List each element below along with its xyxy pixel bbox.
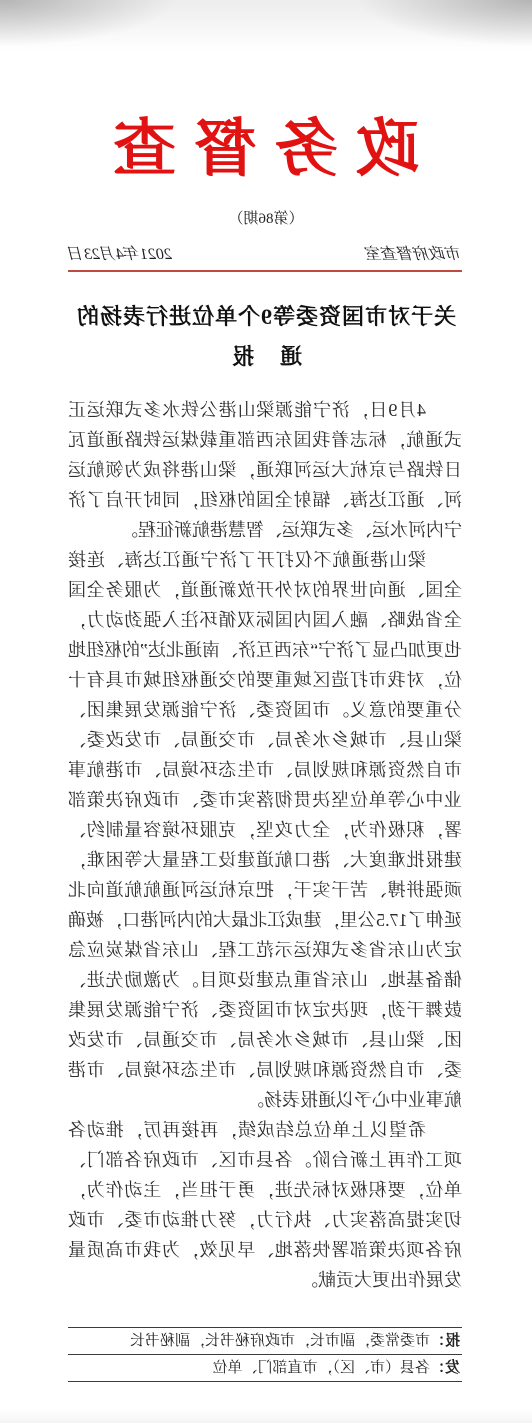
distribution-label: 发： <box>430 1360 460 1376</box>
scanned-document-page: 政务督查 （第86期） 市政府督查室 2021年4月23日 关于对市国资委等9个… <box>0 0 532 1423</box>
footer-report-row: 报：市委常委，副市长，市政府秘书长，副秘书长 <box>68 1327 462 1354</box>
distribution-footer: 报：市委常委，副市长，市政府秘书长，副秘书长 发：各县（市、区），市直部门、单位 <box>68 1327 462 1382</box>
issue-date: 2021年4月23日 <box>68 241 172 264</box>
paragraph: 梁山港通航不仅打开了济宁通江达海、连接全国、通向世界的对外开放新通道，为服务全国… <box>68 545 462 1115</box>
paragraph: 4月9日，济宁能源梁山港公铁水多式联运正式通航，标志着我国东西部重载煤运铁路通道… <box>68 395 462 545</box>
meta-row: 市政府督查室 2021年4月23日 <box>68 241 462 272</box>
distribution-recipients: 各县（市、区），市直部门、单位 <box>212 1360 430 1376</box>
report-label: 报： <box>430 1333 460 1349</box>
paragraph: 希望以上单位总结成绩，再接再厉，推动各项工作再上新台阶。各县市区、市政府各部门、… <box>68 1115 462 1295</box>
document-title-line1: 关于对市国资委等9个单位进行表扬的 <box>0 300 532 331</box>
bulletin-masthead-title: 政务督查 <box>0 116 532 183</box>
scan-bottom-shadow <box>0 1409 532 1423</box>
issuing-office: 市政府督查室 <box>366 241 462 264</box>
document-body: 4月9日，济宁能源梁山港公铁水多式联运正式通航，标志着我国东西部重载煤运铁路通道… <box>68 395 462 1295</box>
footer-distribution-row: 发：各县（市、区），市直部门、单位 <box>68 1354 462 1382</box>
screenshot-viewport: 政务督查 （第86期） 市政府督查室 2021年4月23日 关于对市国资委等9个… <box>0 0 532 1423</box>
scan-top-shadow <box>0 0 532 52</box>
document-title-line2: 通 报 <box>0 340 532 371</box>
document-title: 关于对市国资委等9个单位进行表扬的 通 报 <box>0 300 532 371</box>
report-recipients: 市委常委，副市长，市政府秘书长，副秘书长 <box>130 1333 430 1349</box>
issue-number: （第86期） <box>0 207 532 228</box>
